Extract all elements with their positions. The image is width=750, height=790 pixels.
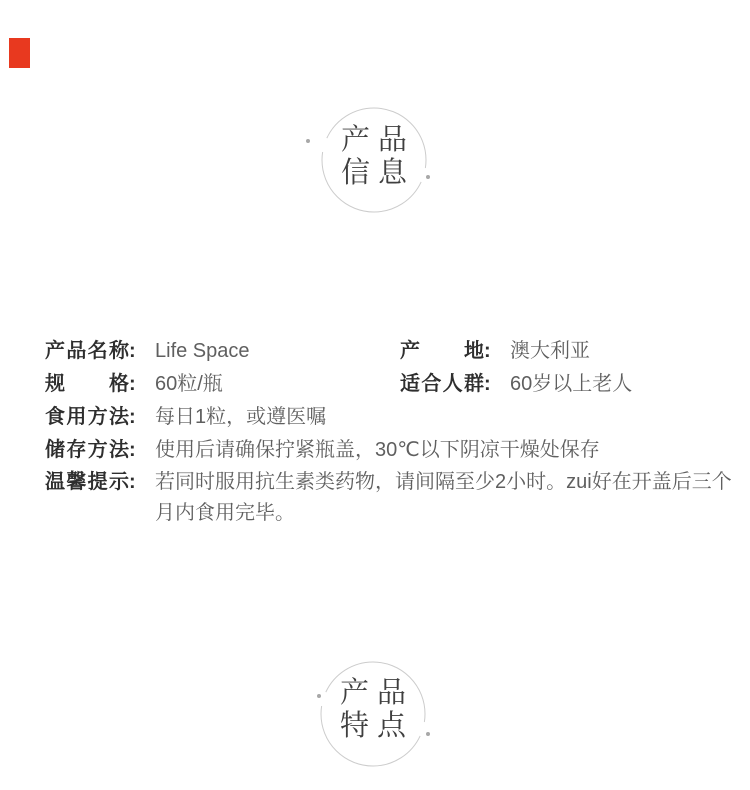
- info-row-tips: 温馨提示:若同时服用抗生素类药物，请间隔至少2小时。zui好在开盖后三个月内食用…: [45, 467, 750, 529]
- field-value: 若同时服用抗生素类药物，请间隔至少2小时。zui好在开盖后三个月内食用完毕。: [155, 467, 750, 529]
- badge-line: 信息: [302, 157, 454, 190]
- field-spec: 规格:60粒/瓶: [45, 373, 223, 395]
- section-title-product-features: 产品 特点: [293, 677, 453, 743]
- section-title-product-info: 产品 信息: [294, 124, 454, 190]
- field-value: 60岁以上老人: [510, 373, 632, 395]
- product-info-section: 产品名称:Life Space 产地:澳大利亚 规格:60粒/瓶 适合人群:60…: [45, 335, 750, 529]
- field-value: 60粒/瓶: [155, 373, 223, 395]
- info-row-spec-audience: 规格:60粒/瓶 适合人群:60岁以上老人: [45, 368, 750, 401]
- field-label: 适合人群:: [400, 368, 492, 401]
- badge-line: 特点: [301, 710, 453, 743]
- field-product-name: 产品名称:Life Space: [45, 340, 250, 362]
- field-value: Life Space: [155, 340, 250, 362]
- colon: :: [484, 373, 491, 395]
- field-label: 产地:: [400, 335, 492, 368]
- field-audience: 适合人群:60岁以上老人: [400, 368, 632, 401]
- colon: :: [129, 471, 136, 493]
- colon: :: [129, 439, 136, 461]
- field-label: 产品名称:: [45, 335, 137, 368]
- field-value: 每日1粒，或遵医嘱: [155, 406, 326, 428]
- product-info-badge: 产品 信息: [294, 96, 454, 226]
- field-label: 温馨提示:: [45, 467, 137, 498]
- badge-line: 产品: [301, 677, 453, 710]
- badge-line: 产品: [302, 124, 454, 157]
- product-features-badge: 产品 特点: [293, 650, 453, 780]
- info-row-usage: 食用方法:每日1粒，或遵医嘱: [45, 401, 750, 434]
- field-label: 储存方法:: [45, 434, 137, 467]
- field-label: 规格:: [45, 368, 137, 401]
- info-row-name-origin: 产品名称:Life Space 产地:澳大利亚: [45, 335, 750, 368]
- colon: :: [129, 340, 136, 362]
- field-value: 使用后请确保拧紧瓶盖，30℃以下阴凉干燥处保存: [155, 439, 600, 461]
- product-detail-page: { "colors": { "background": "#ffffff", "…: [0, 0, 750, 790]
- red-marker-square: [9, 38, 30, 68]
- info-row-storage: 储存方法:使用后请确保拧紧瓶盖，30℃以下阴凉干燥处保存: [45, 434, 750, 467]
- colon: :: [129, 406, 136, 428]
- colon: :: [484, 340, 491, 362]
- field-value: 澳大利亚: [510, 340, 590, 362]
- field-label: 食用方法:: [45, 401, 137, 434]
- field-origin: 产地:澳大利亚: [400, 335, 590, 368]
- colon: :: [129, 373, 136, 395]
